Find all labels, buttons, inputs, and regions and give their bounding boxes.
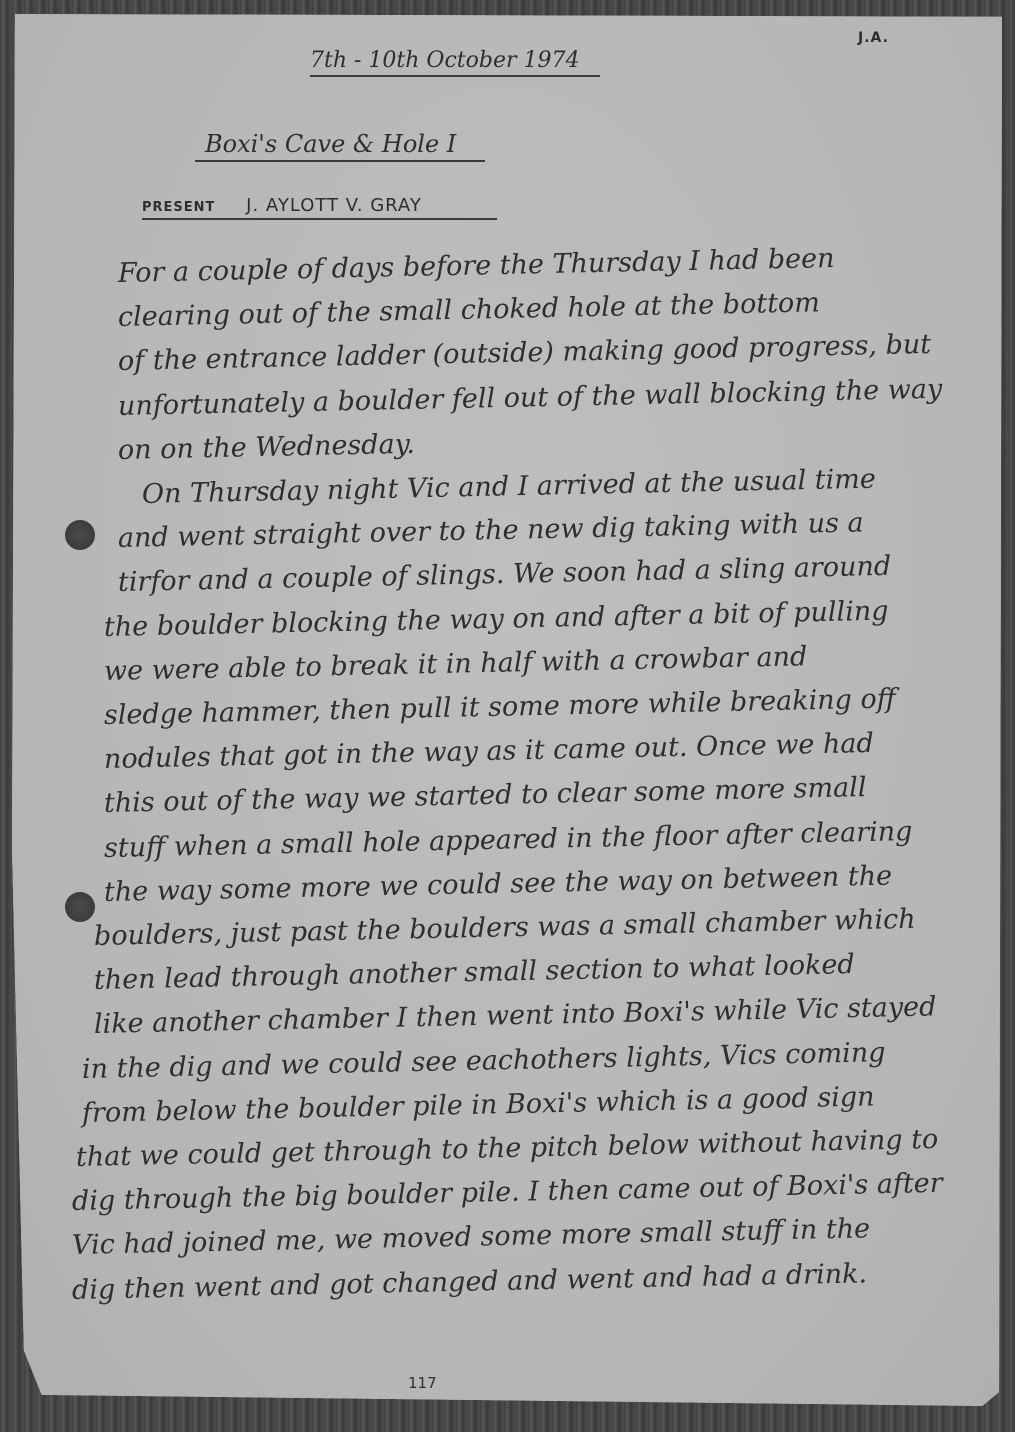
location-heading: Boxi's Cave & Hole I [195, 130, 485, 162]
page-number: 117 [408, 1374, 437, 1392]
handwritten-line: on on the Wednesday. [118, 429, 416, 466]
attendees-line: PRESENT J. AYLOTT V. GRAY [142, 195, 497, 220]
present-names: J. AYLOTT V. GRAY [246, 195, 422, 216]
punch-hole [65, 520, 95, 550]
author-initials: J.A. [858, 30, 889, 46]
punch-hole [65, 892, 95, 922]
date-heading: 7th - 10th October 1974 [310, 48, 600, 77]
present-label: PRESENT [142, 200, 215, 215]
